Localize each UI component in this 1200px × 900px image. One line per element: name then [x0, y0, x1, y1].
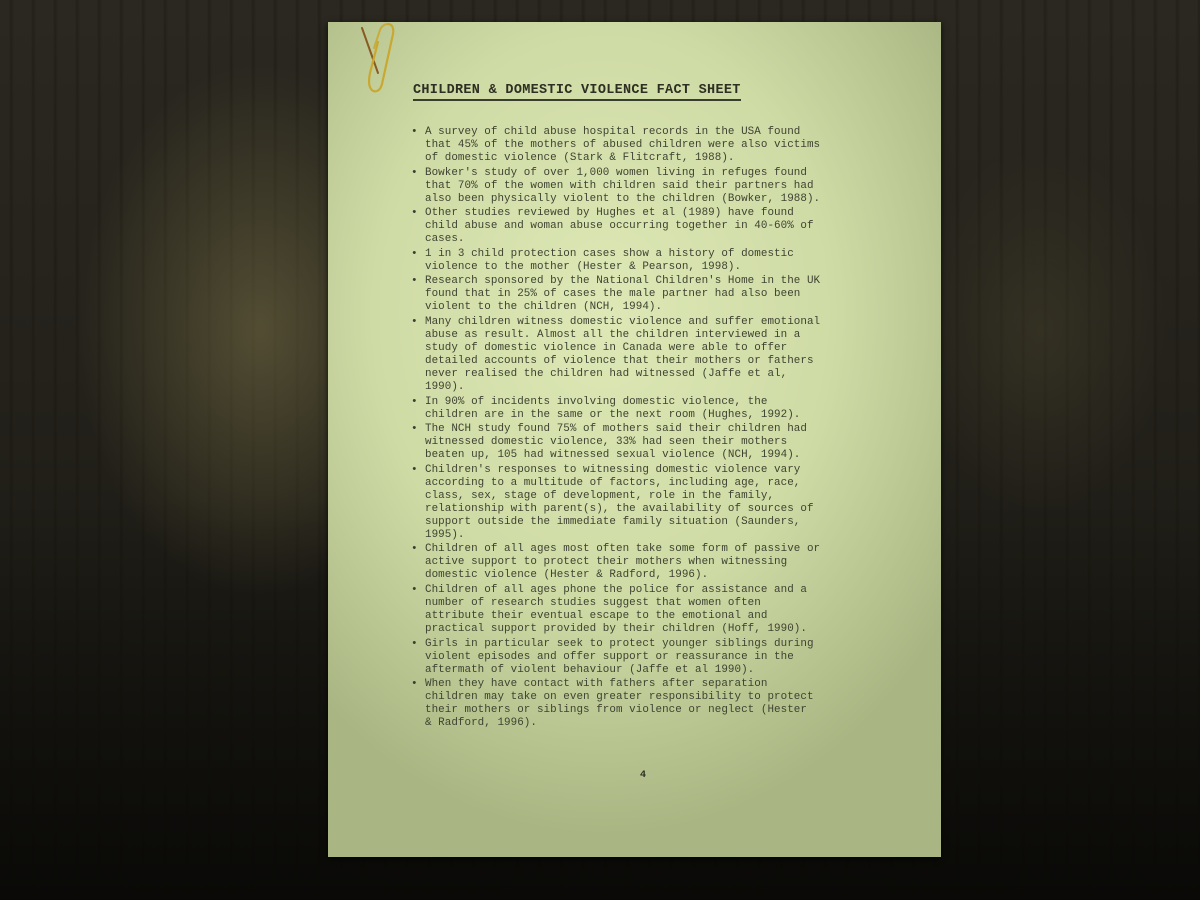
fact-sheet-title: CHILDREN & DOMESTIC VIOLENCE FACT SHEET [413, 84, 741, 101]
bullet-icon: • [411, 207, 418, 220]
fact-item: •Children of all ages most often take so… [408, 543, 868, 582]
bullet-icon: • [411, 275, 418, 288]
fact-item: •Research sponsored by the National Chil… [408, 275, 868, 314]
fact-item: •Many children witness domestic violence… [408, 316, 868, 394]
fact-text: Girls in particular seek to protect youn… [425, 638, 868, 677]
fact-sheet-paper: CHILDREN & DOMESTIC VIOLENCE FACT SHEET … [328, 22, 941, 857]
bullet-icon: • [411, 396, 418, 409]
fact-item: •The NCH study found 75% of mothers said… [408, 423, 868, 462]
fact-text: In 90% of incidents involving domestic v… [425, 396, 868, 422]
bullet-icon: • [411, 638, 418, 651]
bullet-icon: • [411, 584, 418, 597]
fact-text: Children of all ages most often take som… [425, 543, 868, 582]
fact-item: •When they have contact with fathers aft… [408, 678, 868, 730]
bullet-icon: • [411, 248, 418, 261]
fact-list: •A survey of child abuse hospital record… [408, 126, 868, 732]
fact-text: Children's responses to witnessing domes… [425, 464, 868, 542]
bullet-icon: • [411, 316, 418, 329]
bullet-icon: • [411, 543, 418, 556]
bullet-icon: • [411, 464, 418, 477]
fact-item: •Bowker's study of over 1,000 women livi… [408, 167, 868, 206]
fact-item: •Children of all ages phone the police f… [408, 584, 868, 636]
fact-item: •Other studies reviewed by Hughes et al … [408, 207, 868, 246]
bullet-icon: • [411, 167, 418, 180]
fact-text: When they have contact with fathers afte… [425, 678, 868, 730]
bullet-icon: • [411, 678, 418, 691]
fact-text: Many children witness domestic violence … [425, 316, 868, 394]
fact-item: •1 in 3 child protection cases show a hi… [408, 248, 868, 274]
fact-item: •Girls in particular seek to protect you… [408, 638, 868, 677]
fact-text: Children of all ages phone the police fo… [425, 584, 868, 636]
bullet-icon: • [411, 423, 418, 436]
fact-text: Research sponsored by the National Child… [425, 275, 868, 314]
fact-text: 1 in 3 child protection cases show a his… [425, 248, 868, 274]
fact-text: Bowker's study of over 1,000 women livin… [425, 167, 868, 206]
fact-item: •In 90% of incidents involving domestic … [408, 396, 868, 422]
bullet-icon: • [411, 126, 418, 139]
page-number: 4 [640, 770, 646, 781]
fact-text: A survey of child abuse hospital records… [425, 126, 868, 165]
fact-item: •A survey of child abuse hospital record… [408, 126, 868, 165]
fact-text: Other studies reviewed by Hughes et al (… [425, 207, 868, 246]
paperclip-icon [348, 18, 398, 98]
fact-text: The NCH study found 75% of mothers said … [425, 423, 868, 462]
fact-item: •Children's responses to witnessing dome… [408, 464, 868, 542]
